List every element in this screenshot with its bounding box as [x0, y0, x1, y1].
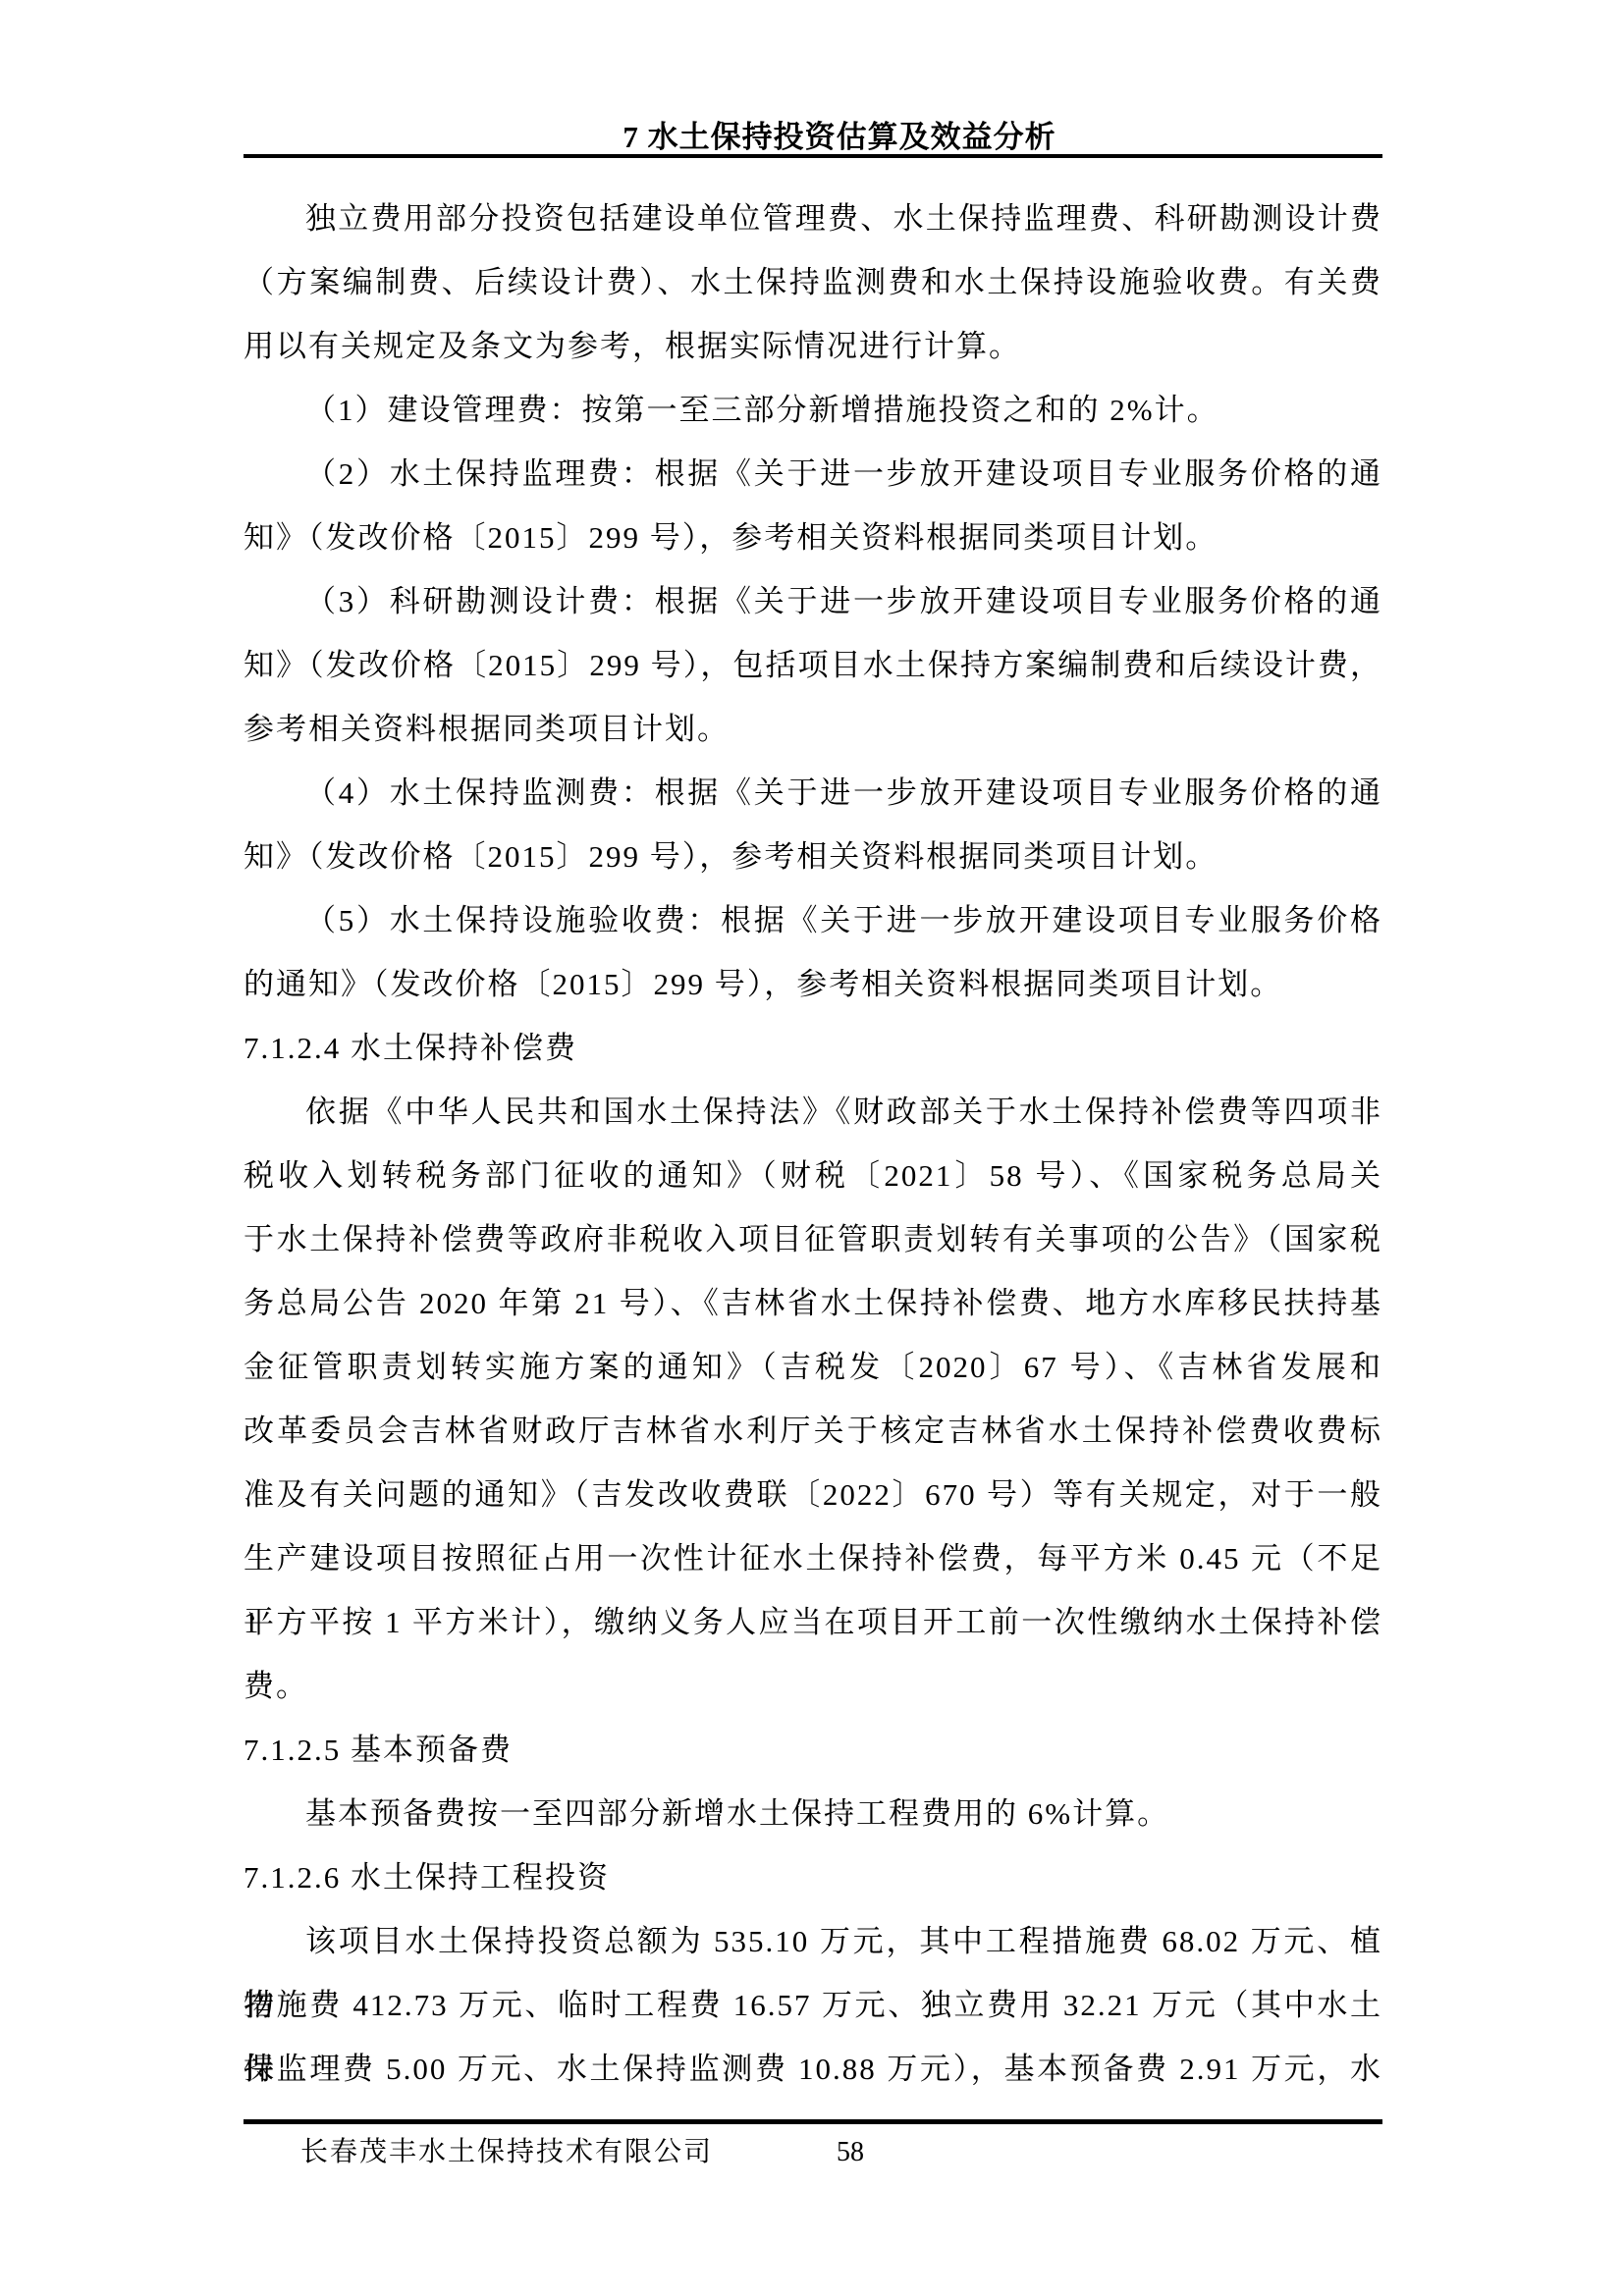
text-line: 7.1.2.5 基本预备费: [244, 1718, 1382, 1782]
text-line: 用以有关规定及条文为参考，根据实际情况进行计算。: [244, 314, 1382, 378]
text-line: 的通知》（发改价格〔2015〕299 号），参考相关资料根据同类项目计划。: [244, 952, 1382, 1016]
page-header-title: 7 水土保持投资估算及效益分析: [270, 112, 1409, 156]
document-body: 独立费用部分投资包括建设单位管理费、水土保持监理费、科研勘测设计费（方案编制费、…: [244, 187, 1382, 2101]
text-line: 于水土保持补偿费等政府非税收入项目征管职责划转有关事项的公告》（国家税: [244, 1207, 1382, 1271]
text-line: 知》（发改价格〔2015〕299 号），参考相关资料根据同类项目计划。: [244, 506, 1382, 569]
text-line: 该项目水土保持投资总额为 535.10 万元，其中工程措施费 68.02 万元、…: [244, 1909, 1382, 1973]
text-line: 准及有关问题的通知》（吉发改收费联〔2022〕670 号）等有关规定，对于一般: [244, 1463, 1382, 1526]
text-line: 费。: [244, 1654, 1382, 1718]
text-line: 措施费 412.73 万元、临时工程费 16.57 万元、独立费用 32.21 …: [244, 1973, 1382, 2037]
text-line: 税收入划转税务部门征收的通知》（财税〔2021〕58 号）、《国家税务总局关: [244, 1144, 1382, 1207]
text-line: （2）水土保持监理费：根据《关于进一步放开建设项目专业服务价格的通: [244, 442, 1382, 506]
text-line: 改革委员会吉林省财政厅吉林省水利厅关于核定吉林省水土保持补偿费收费标: [244, 1399, 1382, 1463]
text-line: 依据《中华人民共和国水土保持法》《财政部关于水土保持补偿费等四项非: [244, 1080, 1382, 1144]
text-line: 务总局公告 2020 年第 21 号）、《吉林省水土保持补偿费、地方水库移民扶持…: [244, 1271, 1382, 1335]
text-line: 生产建设项目按照征占用一次性计征水土保持补偿费，每平方米 0.45 元（不足 1: [244, 1526, 1382, 1590]
text-line: 7.1.2.6 水土保持工程投资: [244, 1845, 1382, 1909]
text-line: （4）水土保持监测费：根据《关于进一步放开建设项目专业服务价格的通: [244, 761, 1382, 825]
text-line: （方案编制费、后续设计费）、水土保持监测费和水土保持设施验收费。有关费: [244, 250, 1382, 314]
text-line: 持监理费 5.00 万元、水土保持监测费 10.88 万元），基本预备费 2.9…: [244, 2037, 1382, 2101]
text-line: 知》（发改价格〔2015〕299 号），参考相关资料根据同类项目计划。: [244, 825, 1382, 888]
footer-divider: [244, 2119, 1382, 2124]
text-line: 知》（发改价格〔2015〕299 号），包括项目水土保持方案编制费和后续设计费，: [244, 633, 1382, 697]
text-line: （1）建设管理费：按第一至三部分新增措施投资之和的 2%计。: [244, 378, 1382, 442]
text-line: 平方平按 1 平方米计），缴纳义务人应当在项目开工前一次性缴纳水土保持补偿: [244, 1590, 1382, 1654]
text-line: （5）水土保持设施验收费：根据《关于进一步放开建设项目专业服务价格: [244, 888, 1382, 952]
text-line: 参考相关资料根据同类项目计划。: [244, 697, 1382, 761]
document-page: 7 水土保持投资估算及效益分析 独立费用部分投资包括建设单位管理费、水土保持监理…: [0, 0, 1624, 2296]
text-line: 独立费用部分投资包括建设单位管理费、水土保持监理费、科研勘测设计费: [244, 187, 1382, 250]
text-line: （3）科研勘测设计费：根据《关于进一步放开建设项目专业服务价格的通: [244, 569, 1382, 633]
page-number: 58: [837, 2134, 864, 2171]
text-line: 基本预备费按一至四部分新增水土保持工程费用的 6%计算。: [244, 1782, 1382, 1845]
footer-company: 长春茂丰水土保持技术有限公司: [300, 2134, 713, 2171]
text-line: 7.1.2.4 水土保持补偿费: [244, 1016, 1382, 1080]
text-line: 金征管职责划转实施方案的通知》（吉税发〔2020〕67 号）、《吉林省发展和: [244, 1335, 1382, 1399]
header-divider: [244, 154, 1382, 158]
